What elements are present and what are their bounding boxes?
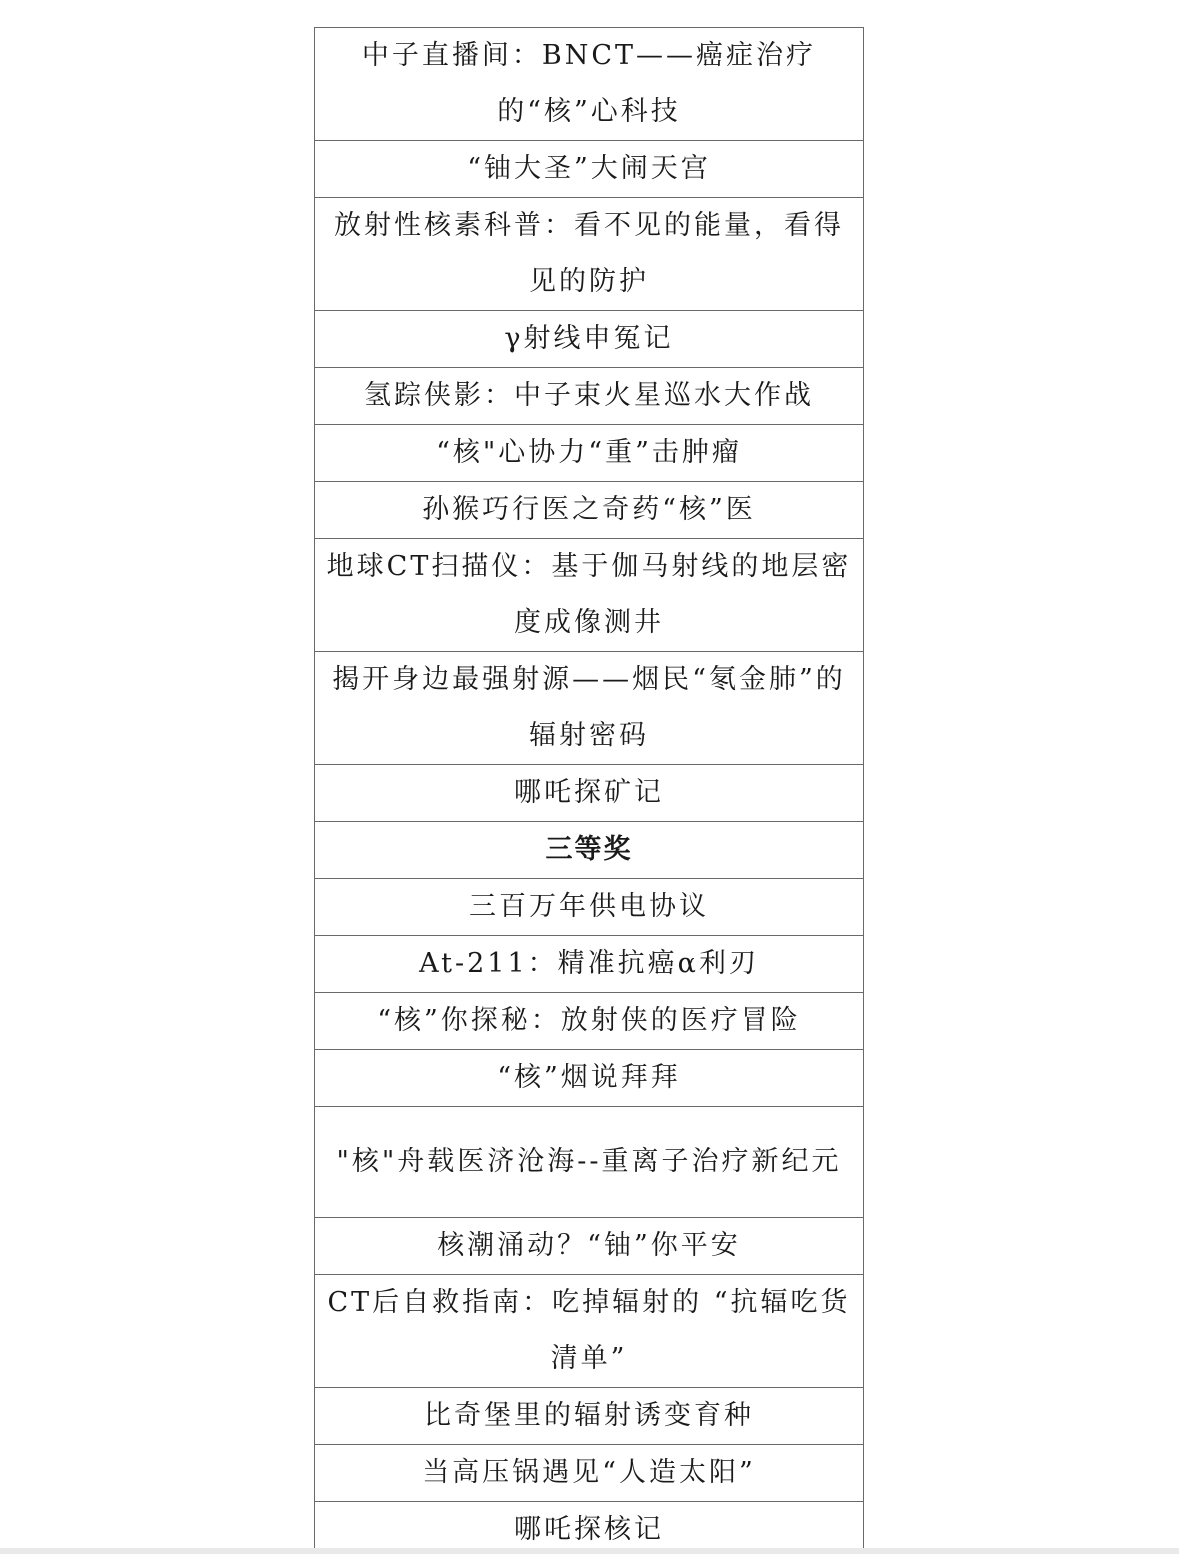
entry-title: 揭开身边最强射源——烟民“氡金肺”的辐射密码 xyxy=(315,652,864,765)
table-row: γ射线申冤记 xyxy=(315,311,864,368)
table-row: 三百万年供电协议 xyxy=(315,879,864,936)
table-row: 氢踪侠影：中子束火星巡水大作战 xyxy=(315,368,864,425)
entry-title: 三百万年供电协议 xyxy=(315,879,864,936)
award-list-table: 中子直播间：BNCT——癌症治疗的“核”心科技 “铀大圣”大闹天宫 放射性核素科… xyxy=(314,27,864,1554)
entry-title: At-211：精准抗癌α利刃 xyxy=(315,936,864,993)
table-row: 核潮涌动？“铀”你平安 xyxy=(315,1218,864,1275)
table-row: At-211：精准抗癌α利刃 xyxy=(315,936,864,993)
entry-title: "核"舟载医济沧海--重离子治疗新纪元 xyxy=(315,1107,864,1218)
entry-title: 核潮涌动？“铀”你平安 xyxy=(315,1218,864,1275)
document-page: 中子直播间：BNCT——癌症治疗的“核”心科技 “铀大圣”大闹天宫 放射性核素科… xyxy=(0,0,1179,1548)
table-row: “铀大圣”大闹天宫 xyxy=(315,141,864,198)
entry-title: 放射性核素科普：看不见的能量，看得见的防护 xyxy=(315,198,864,311)
table-row: 哪吒探核记 xyxy=(315,1502,864,1554)
entry-title: 哪吒探矿记 xyxy=(315,765,864,822)
table-row: “核”烟说拜拜 xyxy=(315,1050,864,1107)
entry-title: 比奇堡里的辐射诱变育种 xyxy=(315,1388,864,1445)
table-row: 哪吒探矿记 xyxy=(315,765,864,822)
table-row: “核”你探秘：放射侠的医疗冒险 xyxy=(315,993,864,1050)
page-bottom-edge xyxy=(0,1548,1179,1554)
entry-title: CT后自救指南：吃掉辐射的 “抗辐吃货清单” xyxy=(315,1275,864,1388)
entry-title: “核”烟说拜拜 xyxy=(315,1050,864,1107)
table-row: "核"舟载医济沧海--重离子治疗新纪元 xyxy=(315,1107,864,1218)
table-row: 地球CT扫描仪：基于伽马射线的地层密度成像测井 xyxy=(315,539,864,652)
entry-title: “铀大圣”大闹天宫 xyxy=(315,141,864,198)
entry-title: “核"心协力“重”击肿瘤 xyxy=(315,425,864,482)
table-row: 三等奖 xyxy=(315,822,864,879)
entry-title: 哪吒探核记 xyxy=(315,1502,864,1554)
table-row: 放射性核素科普：看不见的能量，看得见的防护 xyxy=(315,198,864,311)
entry-title: 地球CT扫描仪：基于伽马射线的地层密度成像测井 xyxy=(315,539,864,652)
table-row: “核"心协力“重”击肿瘤 xyxy=(315,425,864,482)
award-list-body: 中子直播间：BNCT——癌症治疗的“核”心科技 “铀大圣”大闹天宫 放射性核素科… xyxy=(315,28,864,1554)
table-row: 孙猴巧行医之奇药“核”医 xyxy=(315,482,864,539)
table-row: 中子直播间：BNCT——癌症治疗的“核”心科技 xyxy=(315,28,864,141)
award-tier-heading: 三等奖 xyxy=(315,822,864,879)
table-row: CT后自救指南：吃掉辐射的 “抗辐吃货清单” xyxy=(315,1275,864,1388)
table-row: 揭开身边最强射源——烟民“氡金肺”的辐射密码 xyxy=(315,652,864,765)
entry-title: “核”你探秘：放射侠的医疗冒险 xyxy=(315,993,864,1050)
entry-title: 当高压锅遇见“人造太阳” xyxy=(315,1445,864,1502)
entry-title: γ射线申冤记 xyxy=(315,311,864,368)
entry-title: 氢踪侠影：中子束火星巡水大作战 xyxy=(315,368,864,425)
entry-title: 孙猴巧行医之奇药“核”医 xyxy=(315,482,864,539)
entry-title: 中子直播间：BNCT——癌症治疗的“核”心科技 xyxy=(315,28,864,141)
table-row: 当高压锅遇见“人造太阳” xyxy=(315,1445,864,1502)
table-row: 比奇堡里的辐射诱变育种 xyxy=(315,1388,864,1445)
